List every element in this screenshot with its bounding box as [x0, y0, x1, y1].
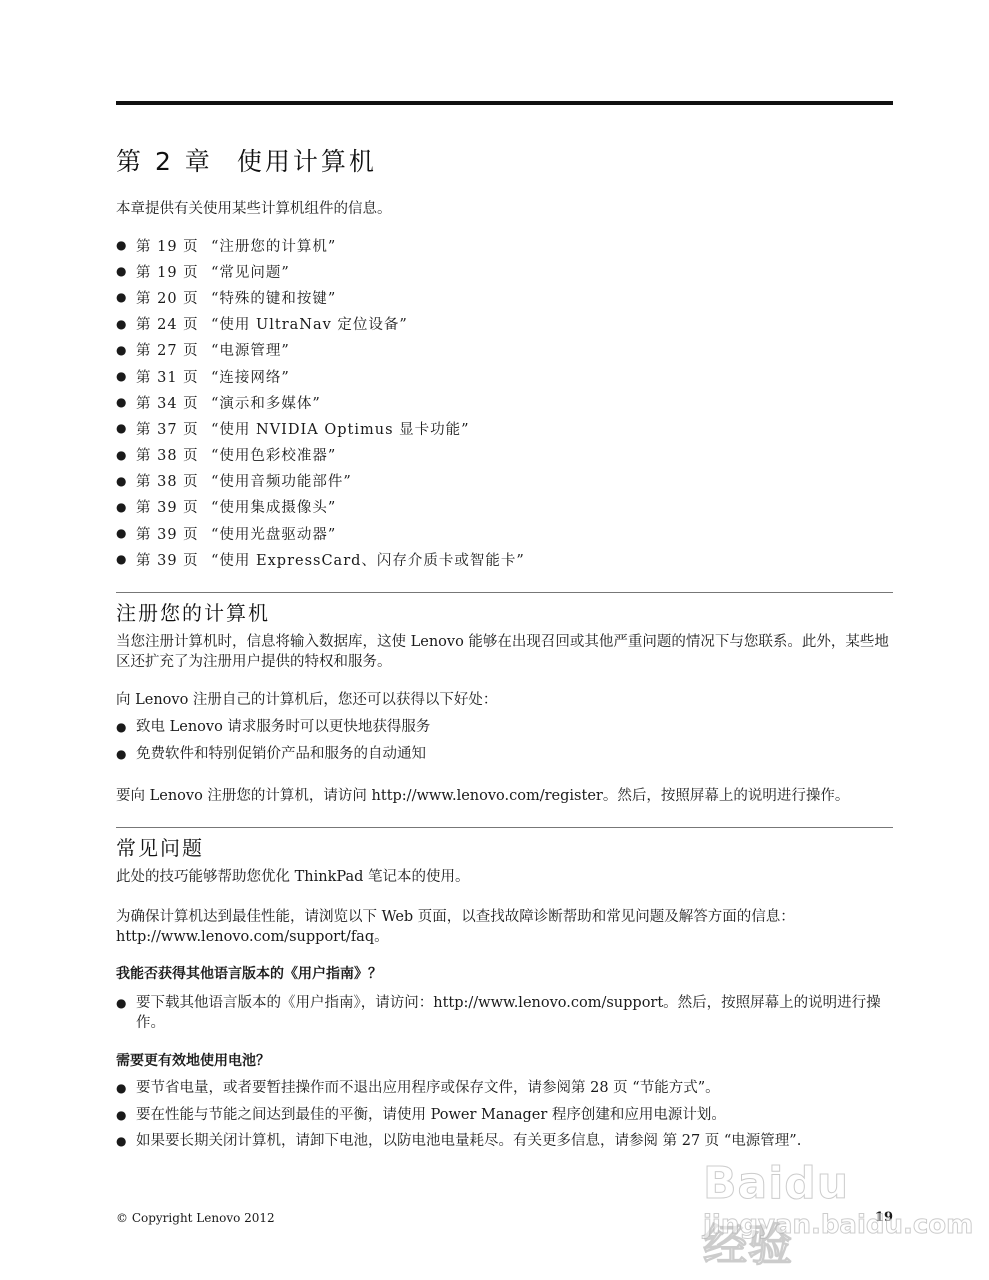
bullet-icon: ●	[116, 717, 136, 737]
copyright-notice: © Copyright Lenovo 2012	[116, 1211, 275, 1225]
toc-item[interactable]: ●第 39 页“使用集成摄像头”	[116, 494, 525, 520]
list-item: ●免费软件和特别促销价产品和服务的自动通知	[116, 744, 893, 764]
toc-link[interactable]: “使用色彩校准器”	[211, 444, 336, 465]
bullet-icon: ●	[116, 369, 136, 383]
toc-link[interactable]: “使用光盘驱动器”	[211, 523, 336, 544]
toc-item[interactable]: ●第 19 页“注册您的计算机”	[116, 232, 525, 258]
faq-intro: 此处的技巧能够帮助您优化 ThinkPad 笔记本的使用。	[116, 867, 893, 887]
toc-link[interactable]: “电源管理”	[211, 339, 290, 360]
bullet-icon: ●	[116, 993, 136, 1033]
bullet-icon: ●	[116, 264, 136, 278]
toc-link[interactable]: “使用 ExpressCard、闪存介质卡或智能卡”	[211, 549, 525, 570]
list-item: ●致电 Lenovo 请求服务时可以更快地获得服务	[116, 717, 893, 737]
register-benefits-list: ●致电 Lenovo 请求服务时可以更快地获得服务 ●免费软件和特别促销价产品和…	[116, 717, 893, 770]
bullet-icon: ●	[116, 290, 136, 304]
bullet-icon: ●	[116, 448, 136, 462]
register-benefits-intro: 向 Lenovo 注册自己的计算机后，您还可以获得以下好处：	[116, 690, 893, 710]
bullet-icon: ●	[116, 1131, 136, 1151]
toc-item[interactable]: ●第 27 页“电源管理”	[116, 337, 525, 363]
list-item: ●要在性能与节能之间达到最佳的平衡，请使用 Power Manager 程序创建…	[116, 1105, 893, 1125]
faq-question-languages: 我能否获得其他语言版本的《用户指南》？	[116, 963, 382, 983]
bullet-icon: ●	[116, 395, 136, 409]
list-item: ●如果要长期关闭计算机，请卸下电池，以防电池电量耗尽。有关更多信息，请参阅 第 …	[116, 1131, 893, 1151]
bullet-icon: ●	[116, 421, 136, 435]
toc-link[interactable]: “特殊的键和按键”	[211, 287, 336, 308]
list-item: ●要节省电量，或者要暂挂操作而不退出应用程序或保存文件，请参阅第 28 页 “节…	[116, 1078, 893, 1098]
toc-item[interactable]: ●第 19 页“常见问题”	[116, 258, 525, 284]
toc-item[interactable]: ●第 37 页“使用 NVIDIA Optimus 显卡功能”	[116, 415, 525, 441]
section-divider	[116, 592, 893, 593]
faq-answer-languages: ●要下载其他语言版本的《用户指南》，请访问：http://www.lenovo.…	[116, 993, 893, 1040]
list-item: ●要下载其他语言版本的《用户指南》，请访问：http://www.lenovo.…	[116, 993, 893, 1033]
toc-link[interactable]: “连接网络”	[211, 366, 290, 387]
toc-link[interactable]: “使用 UltraNav 定位设备”	[211, 313, 408, 334]
bullet-icon: ●	[116, 474, 136, 488]
bullet-icon: ●	[116, 238, 136, 252]
toc-item[interactable]: ●第 39 页“使用 ExpressCard、闪存介质卡或智能卡”	[116, 546, 525, 572]
toc-item[interactable]: ●第 31 页“连接网络”	[116, 363, 525, 389]
page-number: 19	[875, 1210, 893, 1225]
chapter-top-rule	[116, 101, 893, 105]
bullet-icon: ●	[116, 552, 136, 566]
toc-link[interactable]: “使用 NVIDIA Optimus 显卡功能”	[211, 418, 470, 439]
chapter-number: 第 2 章	[116, 147, 213, 176]
faq-question-battery: 需要更有效地使用电池？	[116, 1050, 270, 1070]
bullet-icon: ●	[116, 1105, 136, 1125]
toc-link[interactable]: “注册您的计算机”	[211, 235, 336, 256]
bullet-icon: ●	[116, 744, 136, 764]
document-page: 第 2 章使用计算机 本章提供有关使用某些计算机组件的信息。 ●第 19 页“注…	[116, 0, 893, 1280]
chapter-intro: 本章提供有关使用某些计算机组件的信息。	[116, 197, 392, 218]
bullet-icon: ●	[116, 526, 136, 540]
toc-item[interactable]: ●第 24 页“使用 UltraNav 定位设备”	[116, 311, 525, 337]
faq-answer-battery: ●要节省电量，或者要暂挂操作而不退出应用程序或保存文件，请参阅第 28 页 “节…	[116, 1078, 893, 1158]
toc-item[interactable]: ●第 34 页“演示和多媒体”	[116, 389, 525, 415]
register-paragraph: 当您注册计算机时，信息将输入数据库，这使 Lenovo 能够在出现召回或其他严重…	[116, 632, 893, 672]
toc-item[interactable]: ●第 38 页“使用音频功能部件”	[116, 468, 525, 494]
section-title-faq: 常见问题	[116, 832, 204, 861]
toc-link[interactable]: “常见问题”	[211, 261, 290, 282]
bullet-icon: ●	[116, 500, 136, 514]
chapter-title: 第 2 章使用计算机	[116, 142, 377, 178]
bullet-icon: ●	[116, 1078, 136, 1098]
toc-item[interactable]: ●第 20 页“特殊的键和按键”	[116, 284, 525, 310]
chapter-toc-list: ●第 19 页“注册您的计算机” ●第 19 页“常见问题” ●第 20 页“特…	[116, 232, 525, 572]
toc-item[interactable]: ●第 38 页“使用色彩校准器”	[116, 442, 525, 468]
bullet-icon: ●	[116, 317, 136, 331]
toc-link[interactable]: “使用集成摄像头”	[211, 496, 336, 517]
toc-link[interactable]: “演示和多媒体”	[211, 392, 321, 413]
toc-item[interactable]: ●第 39 页“使用光盘驱动器”	[116, 520, 525, 546]
chapter-name: 使用计算机	[237, 147, 377, 176]
register-instructions: 要向 Lenovo 注册您的计算机，请访问 http://www.lenovo.…	[116, 786, 893, 806]
section-title-register: 注册您的计算机	[116, 597, 270, 626]
toc-link[interactable]: “使用音频功能部件”	[211, 470, 352, 491]
faq-paragraph: 为确保计算机达到最佳性能，请浏览以下 Web 页面，以查找故障诊断帮助和常见问题…	[116, 907, 893, 947]
bullet-icon: ●	[116, 343, 136, 357]
section-divider	[116, 827, 893, 828]
